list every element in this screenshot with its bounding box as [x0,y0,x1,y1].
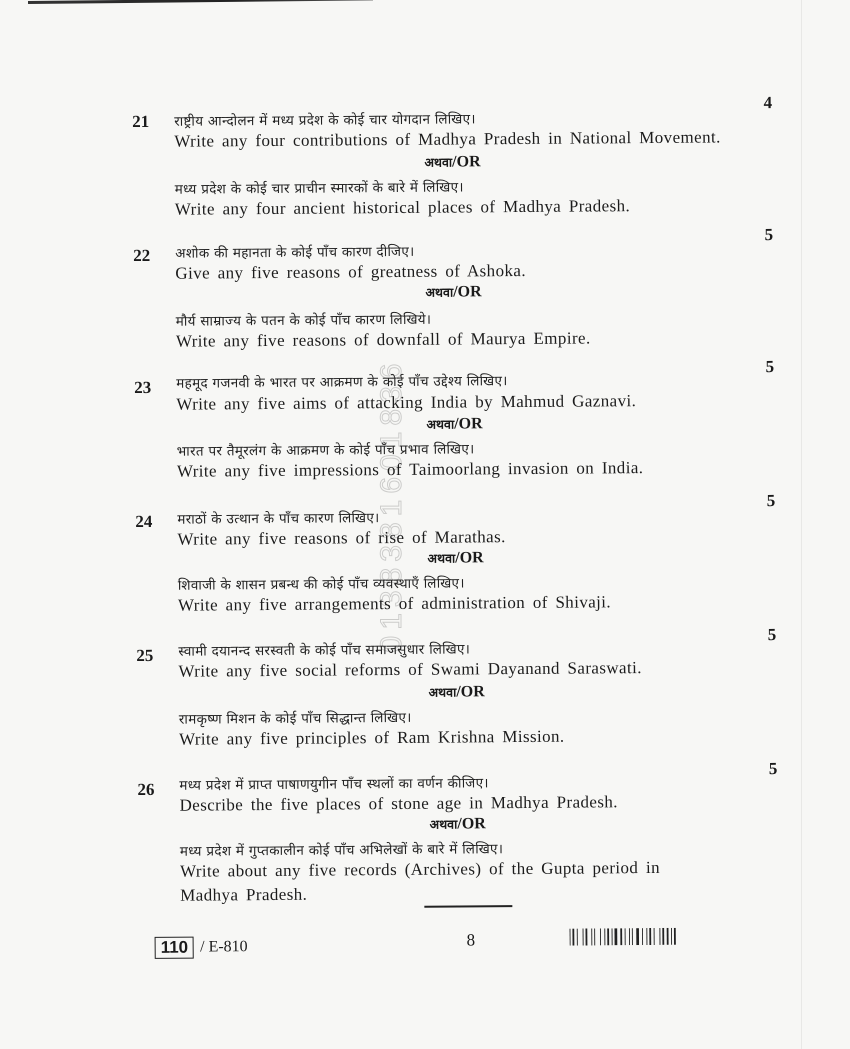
alternative-hindi: भारत पर तैमूरलंग के आक्रमण के कोई पाँच प… [177,439,475,459]
alternative-english: Write about any five records (Archives) … [180,858,660,882]
question-23: 23 5 महमूद गजनवी के भारत पर आक्रमण के को… [134,373,774,378]
question-marks: 4 [763,93,772,113]
question-number: 23 [134,378,151,398]
question-marks: 5 [769,759,778,779]
question-hindi: राष्ट्रीय आन्दोलन में मध्य प्रदेश के कोई… [174,109,476,129]
question-english: Write any five social reforms of Swami D… [178,658,642,682]
alternative-hindi: मध्य प्रदेश के कोई चार प्राचीन स्मारकों … [175,177,464,197]
question-24: 24 5 मराठों के उत्थान के पाँच कारण लिखिए… [135,507,775,512]
question-number: 22 [133,246,150,266]
alternative-english: Write any five arrangements of administr… [178,592,611,615]
alternative-hindi: मध्य प्रदेश में गुप्तकालीन कोई पाँच अभिल… [180,839,503,860]
question-number: 25 [136,646,153,666]
question-number: 26 [137,780,154,800]
alternative-english-continued: Madhya Pradesh. [180,885,307,906]
or-separator: अथवा/OR [137,681,777,704]
paper-code: 110 / E-810 [155,936,248,959]
alternative-hindi: मौर्य साम्राज्य के पतन के कोई पाँच कारण … [176,310,432,330]
question-english: Write any five aims of attacking India b… [176,391,636,415]
paper-code-box: 110 [155,937,195,959]
question-number: 21 [132,112,149,132]
question-marks: 5 [768,625,777,645]
or-separator: अथवा/OR [132,151,772,174]
alternative-english: Write any four ancient historical places… [175,196,630,220]
or-separator: अथवा/OR [134,413,774,436]
question-21: 21 4 राष्ट्रीय आन्दोलन में मध्य प्रदेश क… [132,107,772,112]
or-separator: अथवा/OR [136,547,776,570]
question-marks: 5 [766,357,775,377]
question-english: Write any five reasons of rise of Marath… [177,527,505,550]
question-marks: 5 [767,491,776,511]
question-22: 22 5 अशोक की महानता के कोई पाँच कारण दीज… [133,241,773,246]
question-26: 26 5 मध्य प्रदेश में प्राप्त पाषाणयुगीन … [137,775,777,780]
question-hindi: मध्य प्रदेश में प्राप्त पाषाणयुगीन पाँच … [179,773,488,793]
alternative-hindi: शिवाजी के शासन प्रबन्ध की कोई पाँच व्यवस… [178,573,465,593]
question-marks: 5 [765,225,774,245]
question-number: 24 [135,512,152,532]
question-25: 25 5 स्वामी दयानन्द सरस्वती के कोई पाँच … [136,641,776,646]
alternative-english: Write any five principles of Ram Krishna… [179,727,565,750]
end-of-paper-rule [424,905,512,908]
question-hindi: महमूद गजनवी के भारत पर आक्रमण के कोई पाँ… [176,371,508,392]
alternative-english: Write any five impressions of Taimoorlan… [177,458,644,482]
or-separator: अथवा/OR [133,281,773,304]
alternative-hindi: रामकृष्ण मिशन के कोई पाँच सिद्धान्त लिखि… [179,708,412,728]
alternative-english: Write any five reasons of downfall of Ma… [176,328,591,351]
question-hindi: अशोक की महानता के कोई पाँच कारण दीजिए। [175,242,414,262]
question-hindi: मराठों के उत्थान के पाँच कारण लिखिए। [177,508,379,528]
question-hindi: स्वामी दयानन्द सरस्वती के कोई पाँच समाजस… [178,639,470,659]
question-page: 21 4 राष्ट्रीय आन्दोलन में मध्य प्रदेश क… [0,0,850,1049]
question-english: Describe the five places of stone age in… [179,792,618,815]
paper-series: / E-810 [200,938,248,956]
question-english: Write any four contributions of Madhya P… [174,127,721,151]
or-separator: अथवा/OR [138,813,778,836]
page-number: 8 [467,930,476,950]
question-english: Give any five reasons of greatness of As… [175,261,526,284]
barcode [570,928,714,946]
